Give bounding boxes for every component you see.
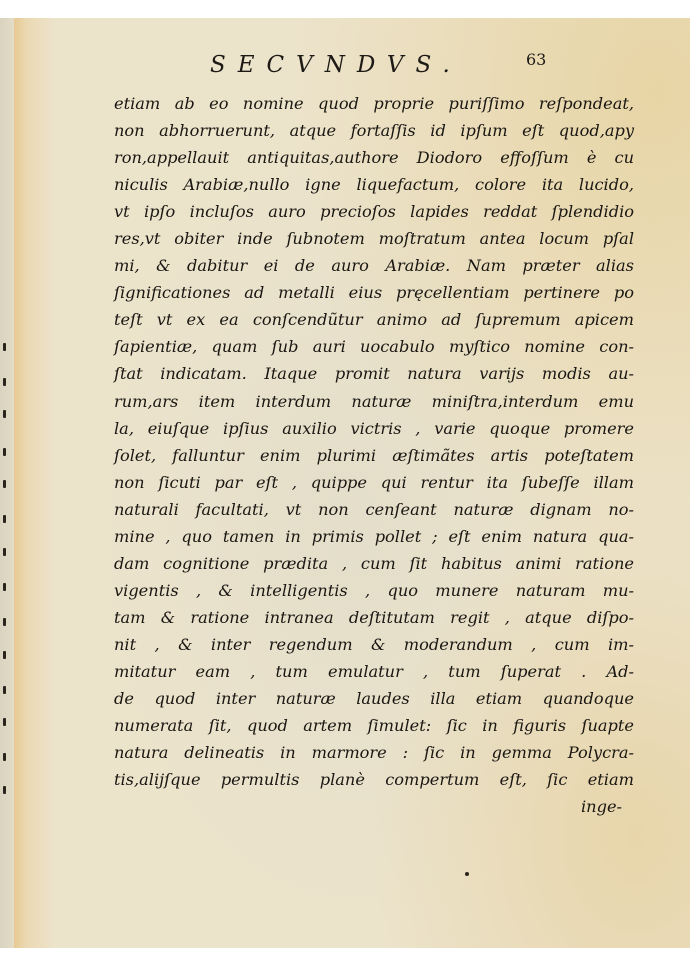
text-line: naturali facultati, vt non cenſeant natu…: [114, 496, 634, 523]
facing-page-glyph: [3, 651, 6, 659]
text-line: dam cognitione prædita , cum ſit habitus…: [114, 550, 634, 577]
text-line: res,vt obiter inde ſubnotem moſtratum an…: [114, 225, 634, 252]
text-line: teſt vt ex ea conſcendũtur animo ad ſupr…: [114, 306, 634, 333]
text-line: mine , quo tamen in primis pollet ; eſt …: [114, 523, 634, 550]
text-line: nit , & inter regendum & moderandum , cu…: [114, 631, 634, 658]
facing-page-glyph: [3, 480, 6, 488]
facing-page-glyph: [3, 448, 6, 456]
text-line: ſapientiæ, quam ſub auri uocabulo myſtic…: [114, 333, 634, 360]
text-line: mi, & dabitur ei de auro Arabiæ. Nam præ…: [114, 252, 634, 279]
text-line: la, eiuſque ipſius auxilio victris , var…: [114, 415, 634, 442]
text-line: vigentis , & intelligentis , quo munere …: [114, 577, 634, 604]
text-line: natura delineatis in marmore : ſic in ge…: [114, 739, 634, 766]
book-page: SECVNDVS. 63 etiam ab eo nomine quod pro…: [14, 18, 690, 948]
text-line: rum,ars item interdum naturæ miniſtra,in…: [114, 388, 634, 415]
text-line: niculis Arabiæ,nullo igne liquefactum, c…: [114, 171, 634, 198]
text-line: vt ipſo incluſos auro precioſos lapides …: [114, 198, 634, 225]
text-line: ron,appellauit antiquitas,authore Diodor…: [114, 144, 634, 171]
facing-page-glyph: [3, 515, 6, 523]
scanned-page-image: SECVNDVS. 63 etiam ab eo nomine quod pro…: [0, 18, 690, 948]
text-line: tis,alijſque permultis planè compertum e…: [114, 766, 634, 793]
text-line: ſignificationes ad metalli eius pręcelle…: [114, 279, 634, 306]
facing-page-glyph: [3, 786, 6, 794]
page-number: 63: [526, 50, 546, 69]
running-head: SECVNDVS.: [210, 52, 462, 78]
catchword: inge-: [114, 793, 634, 820]
facing-page-edge: [0, 18, 14, 948]
body-text: etiam ab eo nomine quod proprie puriſſim…: [114, 90, 634, 820]
facing-page-glyph: [3, 378, 6, 386]
text-line: non abhorruerunt, atque fortaſſis id ipſ…: [114, 117, 634, 144]
facing-page-glyph: [3, 618, 6, 626]
facing-page-glyph: [3, 686, 6, 694]
facing-page-glyph: [3, 583, 6, 591]
facing-page-glyph: [3, 548, 6, 556]
text-line: mitatur eam , tum emulatur , tum ſuperat…: [114, 658, 634, 685]
ink-speck: [465, 872, 469, 876]
page-header: SECVNDVS. 63: [14, 48, 690, 88]
text-line: etiam ab eo nomine quod proprie puriſſim…: [114, 90, 634, 117]
facing-page-glyph: [3, 343, 6, 351]
text-line: non ſicuti par eſt , quippe qui rentur i…: [114, 469, 634, 496]
facing-page-glyph: [3, 718, 6, 726]
text-line: numerata ſit, quod artem ſimulet: ſic in…: [114, 712, 634, 739]
text-line: de quod inter naturæ laudes illa etiam q…: [114, 685, 634, 712]
text-line: tam & ratione intranea deſtitutam regit …: [114, 604, 634, 631]
facing-page-glyph: [3, 753, 6, 761]
text-line: ſolet, falluntur enim plurimi æſtimãtes …: [114, 442, 634, 469]
text-line: ſtat indicatam. Itaque promit natura var…: [114, 360, 634, 387]
facing-page-glyph: [3, 410, 6, 418]
